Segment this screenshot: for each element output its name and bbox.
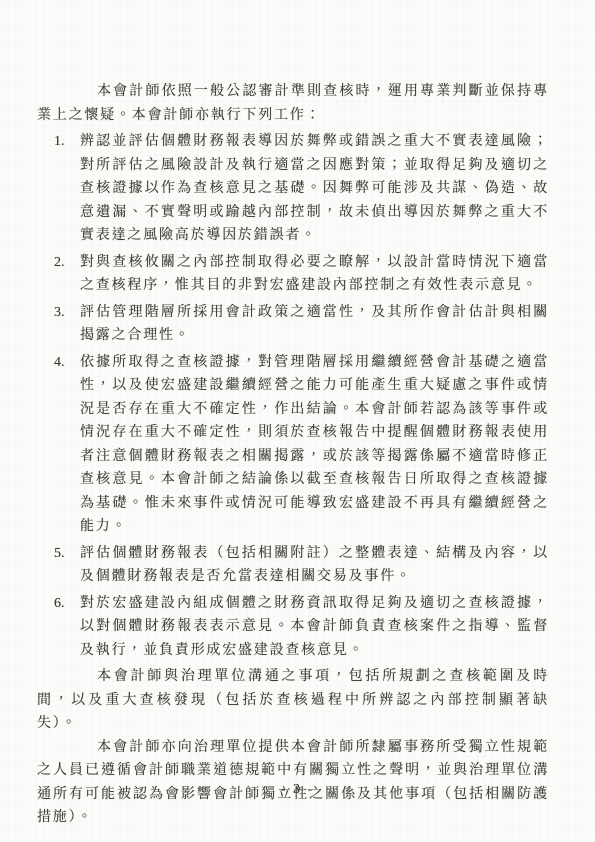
intro-paragraph: 本會計師依照一般公認審計準則查核時，運用專業判斷並保持專業上之懷疑。本會計師亦執… (37, 80, 549, 127)
item-number: 5. (54, 542, 80, 589)
item-number: 2. (54, 251, 80, 298)
audit-procedures-list: 1. 辨認並評估個體財務報表導因於舞弊或錯誤之重大不實表達風險；對所評估之風險設… (37, 130, 549, 662)
communication-paragraph: 本會計師與治理單位溝通之事項，包括所規劃之查核範圍及時間，以及重大查核發現（包括… (37, 665, 549, 736)
audit-procedure-item-6: 6. 對於宏盛建設內組成個體之財務資訊取得足夠及適切之查核證據，以對個體財務報表… (54, 592, 549, 663)
page-number: - 3 - (0, 782, 595, 798)
item-number: 3. (54, 301, 80, 348)
audit-procedure-item-4: 4. 依據所取得之查核證據，對管理階層採用繼續經營會計基礎之適當性，以及使宏盛建… (54, 351, 549, 539)
audit-procedure-item-2: 2. 對與查核攸關之內部控制取得必要之瞭解，以設計當時情況下適當之查核程序，惟其… (54, 251, 549, 298)
audit-procedure-item-5: 5. 評估個體財務報表（包括相關附註）之整體表達、結構及內容，以及個體財務報表是… (54, 542, 549, 589)
audit-procedure-item-1: 1. 辨認並評估個體財務報表導因於舞弊或錯誤之重大不實表達風險；對所評估之風險設… (54, 130, 549, 248)
item-text: 評估管理階層所採用會計政策之適當性，及其所作會計估計與相關揭露之合理性。 (80, 301, 549, 348)
item-text: 依據所取得之查核證據，對管理階層採用繼續經營會計基礎之適當性，以及使宏盛建設繼續… (80, 351, 549, 539)
item-number: 6. (54, 592, 80, 663)
report-page: 本會計師依照一般公認審計準則查核時，運用專業判斷並保持專業上之懷疑。本會計師亦執… (0, 0, 595, 842)
item-text: 對與查核攸關之內部控制取得必要之瞭解，以設計當時情況下適當之查核程序，惟其目的非… (80, 251, 549, 298)
item-text: 對於宏盛建設內組成個體之財務資訊取得足夠及適切之查核證據，以對個體財務報表表示意… (80, 592, 549, 663)
item-text: 辨認並評估個體財務報表導因於舞弊或錯誤之重大不實表達風險；對所評估之風險設計及執… (80, 130, 549, 248)
item-number: 1. (54, 130, 80, 248)
audit-procedure-item-3: 3. 評估管理階層所採用會計政策之適當性，及其所作會計估計與相關揭露之合理性。 (54, 301, 549, 348)
item-number: 4. (54, 351, 80, 539)
item-text: 評估個體財務報表（包括相關附註）之整體表達、結構及內容，以及個體財務報表是否允當… (80, 542, 549, 589)
report-body: 本會計師依照一般公認審計準則查核時，運用專業判斷並保持專業上之懷疑。本會計師亦執… (37, 80, 549, 830)
